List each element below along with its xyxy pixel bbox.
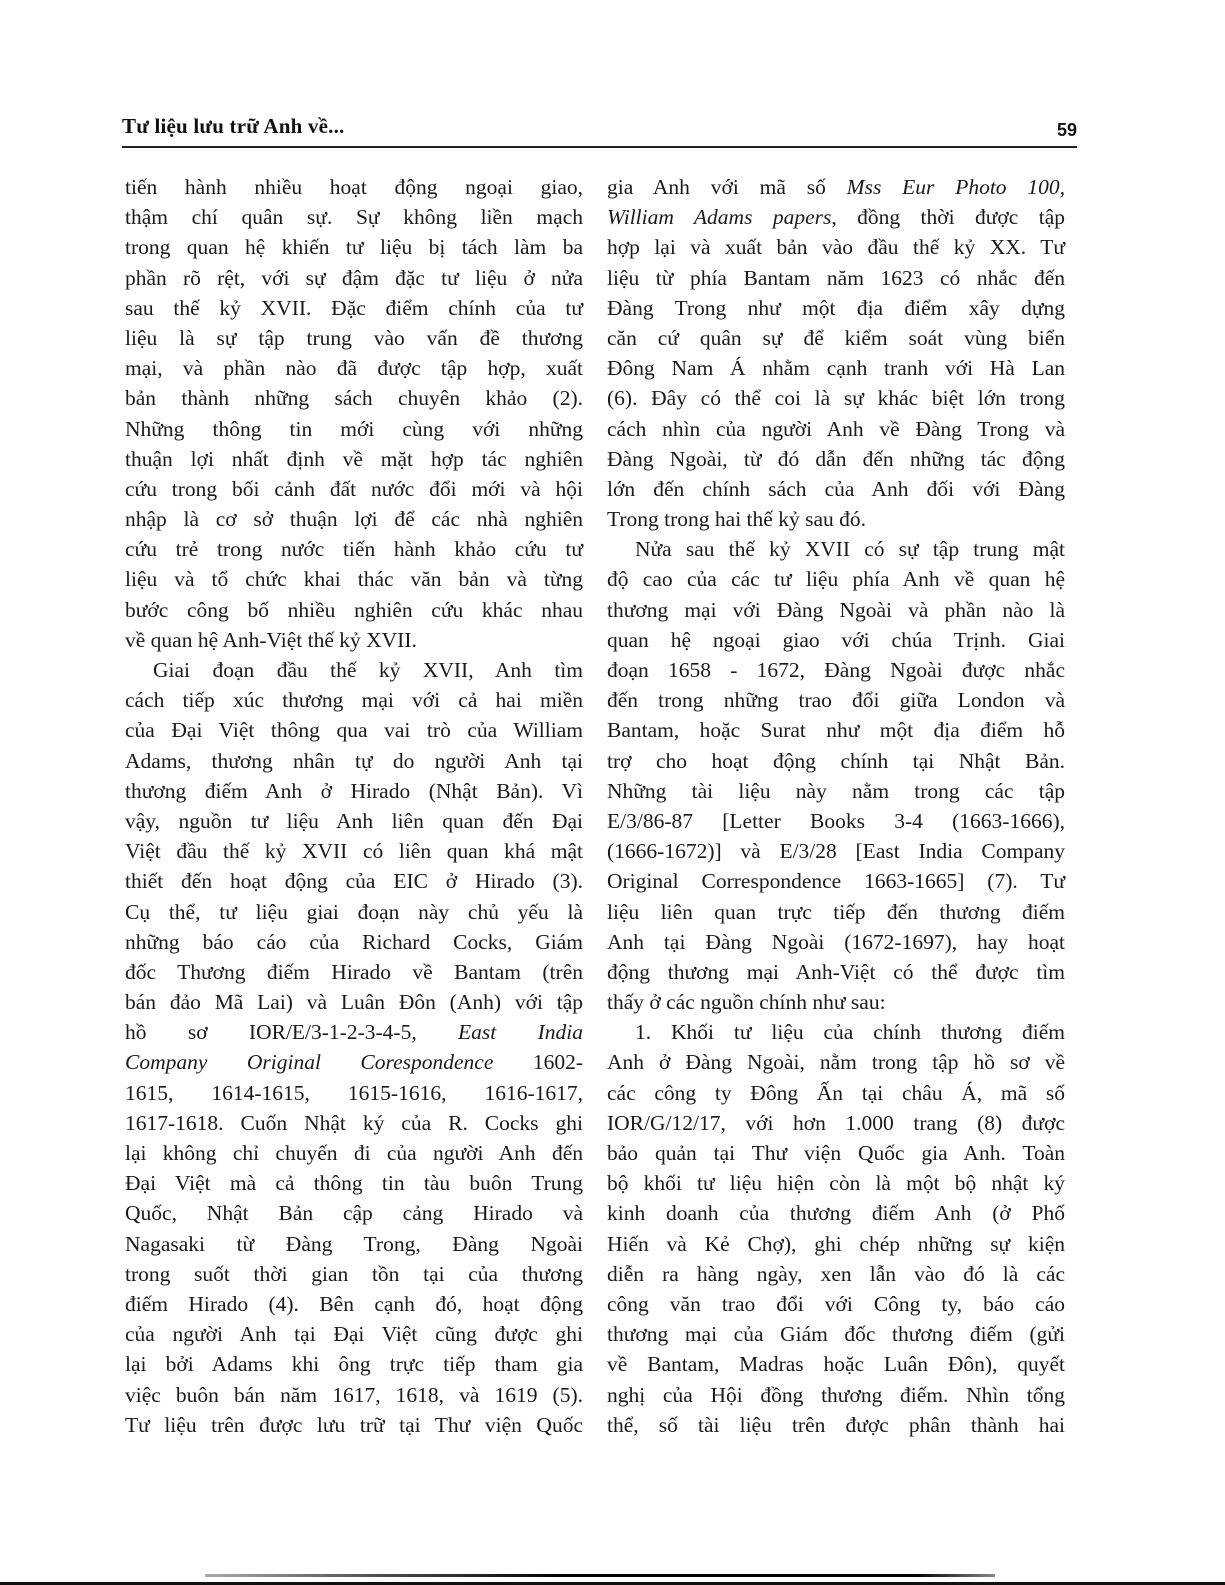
text-line: thậm chí quân sự. Sự không liền mạch [125, 202, 583, 232]
text-line: nhập là cơ sở thuận lợi để các nhà nghiê… [125, 504, 583, 534]
text-line: 1. Khối tư liệu của chính thương điếm [607, 1017, 1065, 1047]
text-line: liệu từ phía Bantam năm 1623 có nhắc đến [607, 263, 1065, 293]
text-line: lại không chỉ chuyến đi của người Anh đế… [125, 1138, 583, 1168]
text-line: Anh tại Đàng Ngoài (1672-1697), hay hoạt [607, 927, 1065, 957]
text-run: gia Anh với mã số [607, 175, 847, 199]
text-line: William Adams papers, đồng thời được tập [607, 202, 1065, 232]
text-line: những báo cáo của Richard Cocks, Giám [125, 927, 583, 957]
text-line: bán đảo Mã Lai) và Luân Đôn (Anh) với tậ… [125, 987, 583, 1017]
text-line: thể, số tài liệu trên được phân thành ha… [607, 1410, 1065, 1440]
text-line: sau thế kỷ XVII. Đặc điểm chính của tư [125, 293, 583, 323]
text-run: hồ sơ IOR/E/3-1-2-3-4-5, [125, 1020, 458, 1044]
text-line: trợ cho hoạt động chính tại Nhật Bản. [607, 746, 1065, 776]
text-line: của người Anh tại Đại Việt cũng được ghi [125, 1319, 583, 1349]
text-line: việc buôn bán năm 1617, 1618, và 1619 (5… [125, 1380, 583, 1410]
text-line: bảo quản tại Thư viện Quốc gia Anh. Toàn [607, 1138, 1065, 1168]
text-line: hợp lại và xuất bản vào đầu thế kỷ XX. T… [607, 232, 1065, 262]
italic-title: East India [458, 1020, 583, 1044]
text-line: cách nhìn của người Anh về Đàng Trong và [607, 414, 1065, 444]
text-line: thương mại với Đàng Ngoài và phần nào là [607, 595, 1065, 625]
text-column-left: tiến hành nhiều hoạt động ngoại giao,thậ… [125, 172, 583, 1440]
text-line: công văn trao đổi với Công ty, báo cáo [607, 1289, 1065, 1319]
text-line: Company Original Corespondence 1602- [125, 1047, 583, 1077]
text-line: thương mại của Giám đốc thương điếm (gửi [607, 1319, 1065, 1349]
text-line: cứu trong bối cảnh đất nước đổi mới và h… [125, 474, 583, 504]
text-line: về Bantam, Madras hoặc Luân Đôn), quyết [607, 1349, 1065, 1379]
text-line: Trong trong hai thế kỷ sau đó. [607, 504, 1065, 534]
text-line: đoạn 1658 - 1672, Đàng Ngoài được nhắc [607, 655, 1065, 685]
text-line: Đàng Ngoài, từ đó dẫn đến những tác động [607, 444, 1065, 474]
scan-edge-rule [205, 1574, 995, 1577]
text-line: thuận lợi nhất định về mặt hợp tác nghiê… [125, 444, 583, 474]
text-line: (1666-1672)] và E/3/28 [East India Compa… [607, 836, 1065, 866]
text-line: các công ty Đông Ấn tại châu Á, mã số [607, 1078, 1065, 1108]
text-line: Original Correspondence 1663-1665] (7). … [607, 866, 1065, 896]
text-line: Adams, thương nhân tự do người Anh tại [125, 746, 583, 776]
text-run: 1602- [493, 1050, 583, 1074]
italic-title: Mss Eur Photo 100, [847, 175, 1065, 199]
text-line: Việt đầu thế kỷ XVII có liên quan khá mậ… [125, 836, 583, 866]
text-line: Bantam, hoặc Surat như một địa điểm hỗ [607, 715, 1065, 745]
text-line: trong suốt thời gian tồn tại của thương [125, 1259, 583, 1289]
text-line: E/3/86-87 [Letter Books 3-4 (1663-1666), [607, 806, 1065, 836]
text-line: Giai đoạn đầu thế kỷ XVII, Anh tìm [125, 655, 583, 685]
text-line: bước công bố nhiều nghiên cứu khác nhau [125, 595, 583, 625]
text-line: trong quan hệ khiến tư liệu bị tách làm … [125, 232, 583, 262]
text-line: Nagasaki từ Đàng Trong, Đàng Ngoài [125, 1229, 583, 1259]
text-line: căn cứ quân sự để kiểm soát vùng biển [607, 323, 1065, 353]
text-line: Đàng Trong như một địa điểm xây dựng [607, 293, 1065, 323]
text-line: Đông Nam Á nhằm cạnh tranh với Hà Lan [607, 353, 1065, 383]
text-line: kinh doanh của thương điếm Anh (ở Phố [607, 1198, 1065, 1228]
running-header: Tư liệu lưu trữ Anh về... 59 [122, 112, 1077, 148]
text-line: Quốc, Nhật Bản cập cảng Hirado và [125, 1198, 583, 1228]
text-line: Đại Việt mà cả thông tin tàu buôn Trung [125, 1168, 583, 1198]
italic-title: Company Original Corespondence [125, 1050, 493, 1074]
text-line: quan hệ ngoại giao với chúa Trịnh. Giai [607, 625, 1065, 655]
running-title: Tư liệu lưu trữ Anh về... [122, 114, 345, 139]
page-number: 59 [1057, 120, 1077, 141]
text-line: bộ khối tư liệu hiện còn là một bộ nhật … [607, 1168, 1065, 1198]
text-line: tiến hành nhiều hoạt động ngoại giao, [125, 172, 583, 202]
text-line: 1617-1618. Cuốn Nhật ký của R. Cocks ghi [125, 1108, 583, 1138]
text-line: phần rõ rệt, với sự đậm đặc tư liệu ở nử… [125, 263, 583, 293]
text-line: đến trong những trao đổi giữa London và [607, 685, 1065, 715]
text-line: thiết đến hoạt động của EIC ở Hirado (3)… [125, 866, 583, 896]
text-line: thấy ở các nguồn chính như sau: [607, 987, 1065, 1017]
text-line: nghị của Hội đồng thương điếm. Nhìn tổng [607, 1380, 1065, 1410]
text-line: điếm Hirado (4). Bên cạnh đó, hoạt động [125, 1289, 583, 1319]
text-line: Tư liệu trên được lưu trữ tại Thư viện Q… [125, 1410, 583, 1440]
text-line: mại, và phần nào đã được tập hợp, xuất [125, 353, 583, 383]
text-line: Những thông tin mới cùng với những [125, 414, 583, 444]
text-line: Cụ thể, tư liệu giai đoạn này chủ yếu là [125, 897, 583, 927]
text-line: liệu là sự tập trung vào vấn đề thương [125, 323, 583, 353]
text-line: độ cao của các tư liệu phía Anh về quan … [607, 564, 1065, 594]
text-line: 1615, 1614-1615, 1615-1616, 1616-1617, [125, 1078, 583, 1108]
text-line: liệu liên quan trực tiếp đến thương điếm [607, 897, 1065, 927]
text-line: đốc Thương điếm Hirado về Bantam (trên [125, 957, 583, 987]
text-line: Nửa sau thế kỷ XVII có sự tập trung mật [607, 534, 1065, 564]
italic-title: William Adams papers [607, 205, 831, 229]
text-line: lại bởi Adams khi ông trực tiếp tham gia [125, 1349, 583, 1379]
text-line: vậy, nguồn tư liệu Anh liên quan đến Đại [125, 806, 583, 836]
text-line: liệu và tổ chức khai thác văn bản và từn… [125, 564, 583, 594]
text-run: , đồng thời được tập [831, 205, 1065, 229]
text-line: (6). Đây có thể coi là sự khác biệt lớn … [607, 383, 1065, 413]
text-column-right: gia Anh với mã số Mss Eur Photo 100,Will… [607, 172, 1065, 1440]
text-line: động thương mại Anh-Việt có thể được tìm [607, 957, 1065, 987]
text-line: bản thành những sách chuyên khảo (2). [125, 383, 583, 413]
text-line: thương điếm Anh ở Hirado (Nhật Bản). Vì [125, 776, 583, 806]
text-line: hồ sơ IOR/E/3-1-2-3-4-5, East India [125, 1017, 583, 1047]
text-line: gia Anh với mã số Mss Eur Photo 100, [607, 172, 1065, 202]
text-line: Anh ở Đàng Ngoài, nằm trong tập hồ sơ về [607, 1047, 1065, 1077]
text-line: cứu trẻ trong nước tiến hành khảo cứu tư [125, 534, 583, 564]
text-line: cách tiếp xúc thương mại với cả hai miền [125, 685, 583, 715]
text-line: Những tài liệu này nằm trong các tập [607, 776, 1065, 806]
text-line: diễn ra hàng ngày, xen lẫn vào đó là các [607, 1259, 1065, 1289]
text-line: về quan hệ Anh-Việt thế kỷ XVII. [125, 625, 583, 655]
text-line: lớn đến chính sách của Anh đối với Đàng [607, 474, 1065, 504]
text-line: IOR/G/12/17, với hơn 1.000 trang (8) đượ… [607, 1108, 1065, 1138]
text-line: Hiến và Kẻ Chợ), ghi chép những sự kiện [607, 1229, 1065, 1259]
text-line: của Đại Việt thông qua vai trò của Willi… [125, 715, 583, 745]
